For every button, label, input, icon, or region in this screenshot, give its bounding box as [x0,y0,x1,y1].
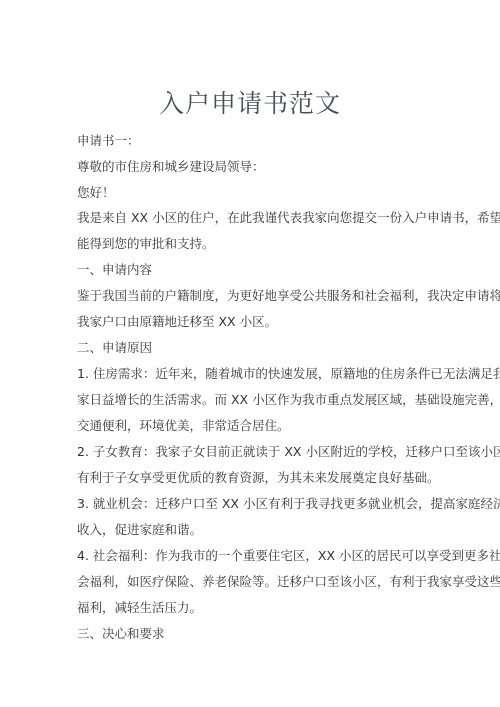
reason-3-line-2: 收入，促进家庭和谐。 [77,520,437,538]
reason-4-line-3: 福利，减轻生活压力。 [77,598,437,616]
reason-1-line-3: 交通便利，环境优美，非常适合居住。 [77,416,437,434]
reason-4-line-2: 会福利，如医疗保险、养老保险等。迁移户口至该小区，有利于我家享受这些 [77,572,437,590]
intro-line-2: 能得到您的审批和支持。 [77,234,437,252]
salutation-heading: 申请书一： [77,131,437,149]
recipient-line: 尊敬的市住房和城乡建设局领导： [77,157,437,175]
reason-2-line-2: 有利于子女享受更优质的教育资源，为其未来发展奠定良好基础。 [77,468,437,486]
intro-line-1: 我是来自 XX 小区的住户，在此我谨代表我家向您提交一份入户申请书，希望 [77,208,437,226]
reason-1-line-2: 家日益增长的生活需求。而 XX 小区作为我市重点发展区域，基础设施完善， [77,390,437,408]
section-heading-reasons: 二、申请原因 [77,338,437,356]
reason-3-line-1: 3. 就业机会：迁移户口至 XX 小区有利于我寻找更多就业机会，提高家庭经济 [77,494,437,512]
content-line-2: 我家户口由原籍地迁移至 XX 小区。 [77,312,437,330]
reason-2-line-1: 2. 子女教育：我家子女目前正就读于 XX 小区附近的学校，迁移户口至该小区 [77,442,437,460]
reason-1-line-1: 1. 住房需求：近年来，随着城市的快速发展，原籍地的住房条件已无法满足我 [77,364,437,382]
section-heading-resolve: 三、决心和要求 [77,624,437,642]
section-heading-content: 一、申请内容 [77,260,437,278]
reason-4-line-1: 4. 社会福利：作为我市的一个重要住宅区，XX 小区的居民可以享受到更多社 [77,546,437,564]
document-title: 入户申请书范文 [0,84,500,120]
greeting-line: 您好！ [77,183,437,201]
content-line-1: 鉴于我国当前的户籍制度，为更好地享受公共服务和社会福利，我决定申请将 [77,286,437,304]
